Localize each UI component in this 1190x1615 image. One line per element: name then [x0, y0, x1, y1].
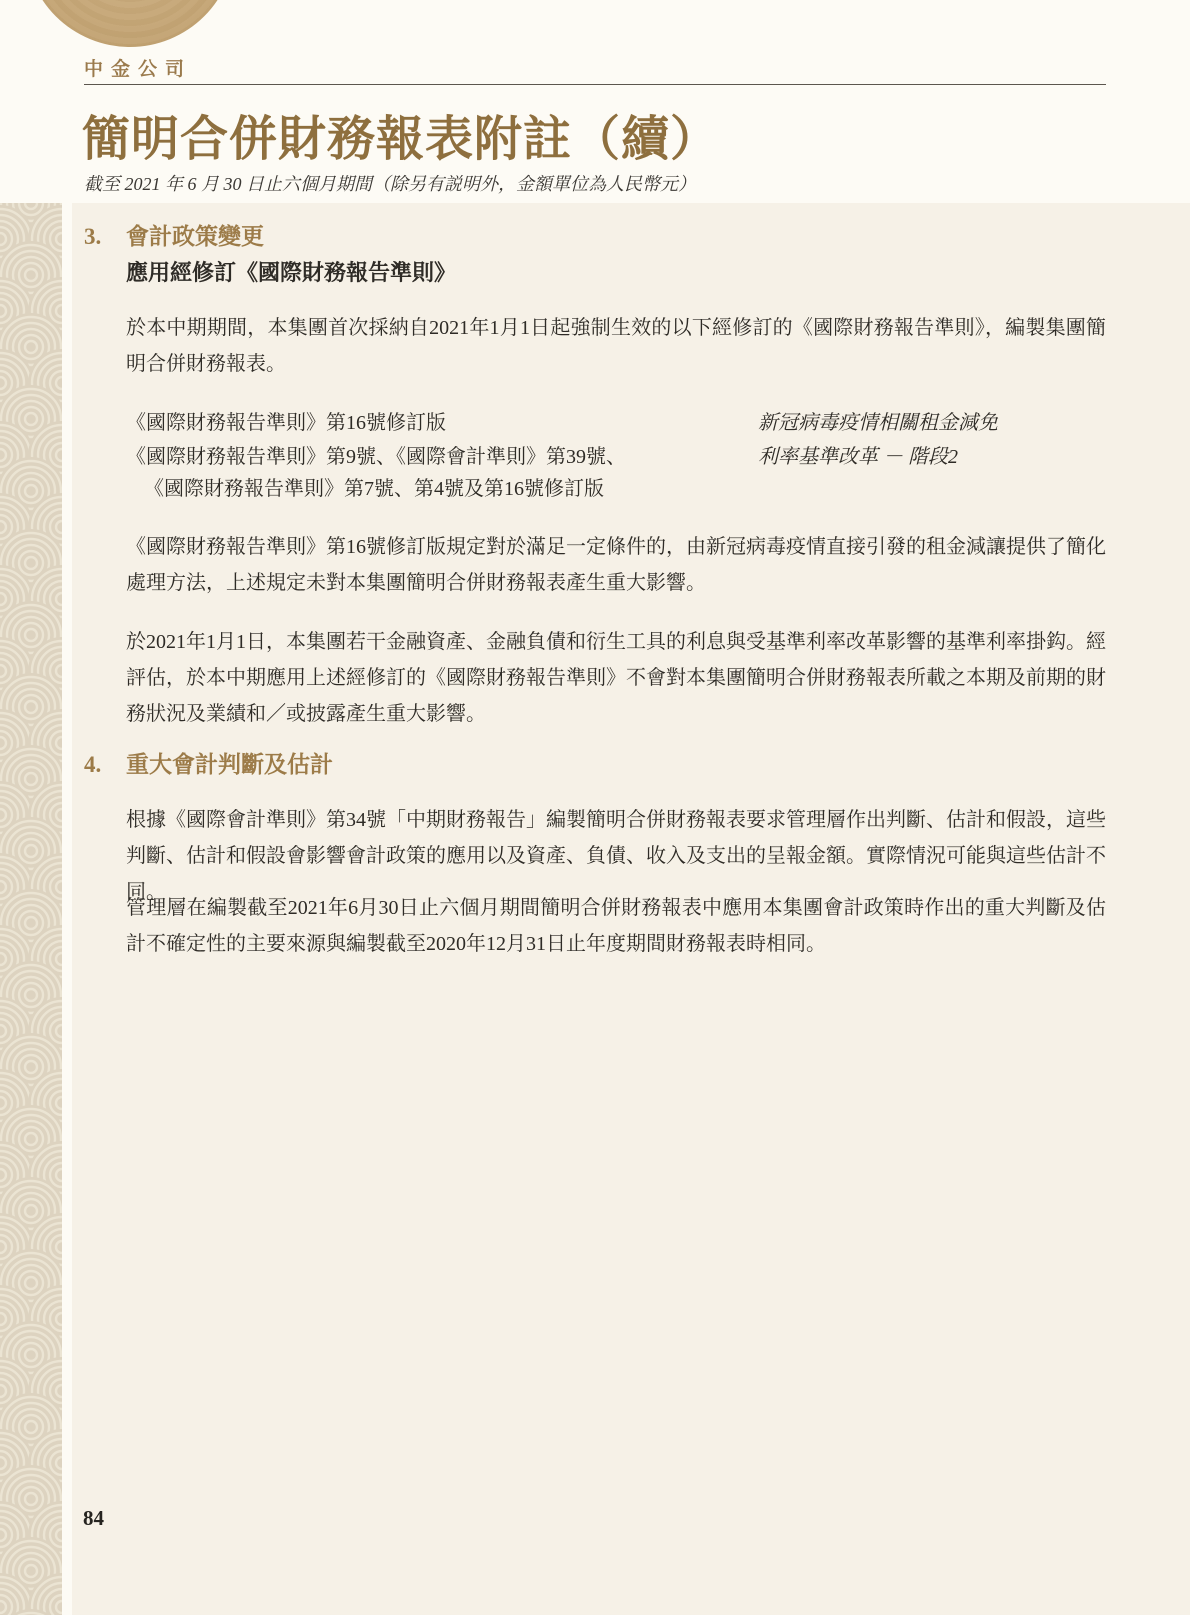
report-page: 中金公司 簡明合併財務報表附註（續） 截至 2021 年 6 月 30 日止六個…: [0, 0, 1190, 1615]
paragraph-intro: 於本中期期間，本集團首次採納自2021年1月1日起強制生效的以下經修訂的《國際財…: [126, 310, 1106, 382]
standard-row-ibor: 《國際財務報告準則》第9號、《國際會計準則》第39號、 利率基準改革 － 階段2: [126, 439, 1106, 475]
paragraph-ibor: 於2021年1月1日，本集團若干金融資產、金融負債和衍生工具的利息與受基準利率改…: [126, 624, 1106, 732]
standard-description: 利率基準改革 － 階段2: [758, 439, 958, 475]
wave-pattern-strip: [0, 203, 62, 1615]
standard-row-ifrs16: 《國際財務報告準則》第16號修訂版 新冠病毒疫情相關租金減免: [126, 405, 1106, 441]
section-3-subheading: 應用經修訂《國際財務報告準則》: [126, 258, 1106, 288]
section-4-title: 重大會計判斷及估計: [126, 752, 333, 777]
paragraph-ifrs16: 《國際財務報告準則》第16號修訂版規定對於滿足一定條件的，由新冠病毒疫情直接引發…: [126, 529, 1106, 601]
standard-description: 新冠病毒疫情相關租金減免: [758, 405, 998, 441]
cicc-logo-circle: [25, 0, 235, 47]
company-name: 中金公司: [84, 54, 192, 81]
section-3-title: 會計政策變更: [126, 224, 264, 249]
page-subtitle: 截至 2021 年 6 月 30 日止六個月期間（除另有説明外，金額單位為人民幣…: [84, 170, 696, 196]
standard-row-ibor-cont: 《國際財務報告準則》第7號、第4號及第16號修訂版: [126, 471, 1106, 507]
section-3-number: 3.: [84, 222, 126, 252]
standard-name: 《國際財務報告準則》第9號、《國際會計準則》第39號、: [126, 446, 626, 468]
standard-name: 《國際財務報告準則》第16號修訂版: [126, 412, 446, 434]
paragraph-judgement-same: 管理層在編製截至2021年6月30日止六個月期間簡明合併財務報表中應用本集團會計…: [126, 890, 1106, 962]
page-number: 84: [83, 1506, 104, 1531]
seigaiha-wave-icon: [0, 203, 62, 1615]
page-title: 簡明合併財務報表附註（續）: [82, 100, 719, 169]
header-rule: [84, 84, 1106, 85]
section-4-number: 4.: [84, 750, 126, 780]
standard-name-continued: 《國際財務報告準則》第7號、第4號及第16號修訂版: [126, 478, 604, 500]
section-4-heading: 4.重大會計判斷及估計: [84, 750, 1106, 780]
section-3-heading: 3.會計政策變更: [84, 222, 1106, 252]
